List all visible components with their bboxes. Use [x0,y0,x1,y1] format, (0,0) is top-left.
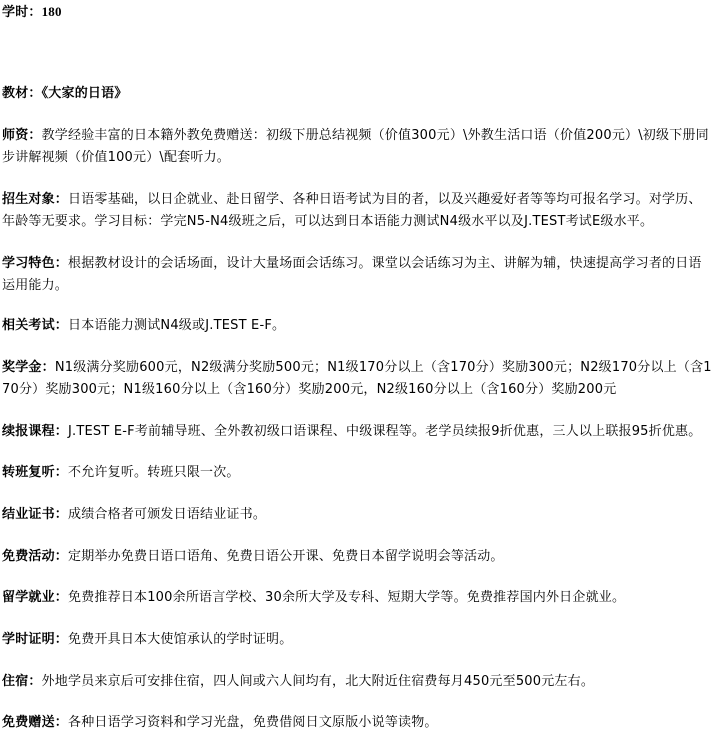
section-scholarship: 奖学金：N1级满分奖励600元，N2级满分奖励500元；N1级170分以上（含1… [2,357,714,401]
section-enrollment: 招生对象：日语零基础，以日企就业、赴日留学、各种日语考试为目的者，以及兴趣爱好者… [2,189,714,233]
section-text: N1级满分奖励600元，N2级满分奖励500元；N1级170分以上（含170分）… [2,360,712,397]
section-label: 转班复听： [2,465,68,480]
textbook-line: 教材：《大家的日语》 [2,83,714,105]
section-accommodation: 住宿：外地学员来京后可安排住宿，四人间或六人间均有，北大附近住宿费每月450元至… [2,671,714,693]
section-text: 不允许复听。转班只限一次。 [68,465,240,480]
textbook-title: 《大家的日语》 [42,86,128,101]
section-exams: 相关考试：日本语能力测试N4级或J.TEST E-F。 [2,315,714,337]
section-text: J.TEST E-F考前辅导班、全外教初级口语课程、中级课程等。老学员续报9折优… [68,424,701,439]
section-text: 根据教材设计的会话场面，设计大量场面会话练习。课堂以会话练习为主、讲解为辅，快速… [2,256,702,293]
section-label: 招生对象： [2,192,68,207]
hours-value: 180 [42,4,62,19]
section-text: 免费开具日本大使馆承认的学时证明。 [68,632,292,647]
section-teachers: 师资：教学经验丰富的日本籍外教免费赠送：初级下册总结视频（价值300元）\外教生… [2,125,714,169]
section-renewal: 续报课程：J.TEST E-F考前辅导班、全外教初级口语课程、中级课程等。老学员… [2,421,714,443]
section-label: 结业证书： [2,507,68,522]
textbook-label: 教材： [2,86,42,101]
section-label: 免费赠送： [2,715,68,730]
section-transfer: 转班复听：不允许复听。转班只限一次。 [2,462,714,484]
section-text: 各种日语学习资料和学习光盘，免费借阅日文原版小说等读物。 [68,715,438,730]
section-text: 教学经验丰富的日本籍外教免费赠送：初级下册总结视频（价值300元）\外教生活口语… [2,128,709,165]
section-text: 日本语能力测试N4级或J.TEST E-F。 [68,318,285,333]
section-gifts: 免费赠送：各种日语学习资料和学习光盘，免费借阅日文原版小说等读物。 [2,712,714,734]
section-text: 外地学员来京后可安排住宿，四人间或六人间均有，北大附近住宿费每月450元至500… [42,674,594,689]
hours-line: 学时：180 [2,1,714,24]
section-label: 续报课程： [2,424,68,439]
section-label: 留学就业： [2,590,68,605]
section-label: 相关考试： [2,318,68,333]
section-label: 师资： [2,128,42,143]
section-label: 免费活动： [2,549,68,564]
hours-label: 学时： [2,5,42,20]
section-label: 奖学金： [2,360,55,375]
section-text: 免费推荐日本100余所语言学校、30余所大学及专科、短期大学等。免费推荐国内外日… [68,590,625,605]
section-hours-certificate: 学时证明：免费开具日本大使馆承认的学时证明。 [2,629,714,651]
section-label: 住宿： [2,674,42,689]
section-certificate: 结业证书：成绩合格者可颁发日语结业证书。 [2,504,714,526]
section-text: 成绩合格者可颁发日语结业证书。 [68,507,266,522]
section-study-abroad: 留学就业：免费推荐日本100余所语言学校、30余所大学及专科、短期大学等。免费推… [2,587,714,609]
section-features: 学习特色：根据教材设计的会话场面，设计大量场面会话练习。课堂以会话练习为主、讲解… [2,253,714,297]
course-info-document: 学时：180 教材：《大家的日语》 师资：教学经验丰富的日本籍外教免费赠送：初级… [0,0,717,736]
section-text: 日语零基础，以日企就业、赴日留学、各种日语考试为目的者，以及兴趣爱好者等等均可报… [2,192,702,229]
section-label: 学时证明： [2,632,68,647]
section-text: 定期举办免费日语口语角、免费日语公开课、免费日本留学说明会等活动。 [68,549,504,564]
section-label: 学习特色： [2,256,68,271]
section-activities: 免费活动：定期举办免费日语口语角、免费日语公开课、免费日本留学说明会等活动。 [2,546,714,568]
